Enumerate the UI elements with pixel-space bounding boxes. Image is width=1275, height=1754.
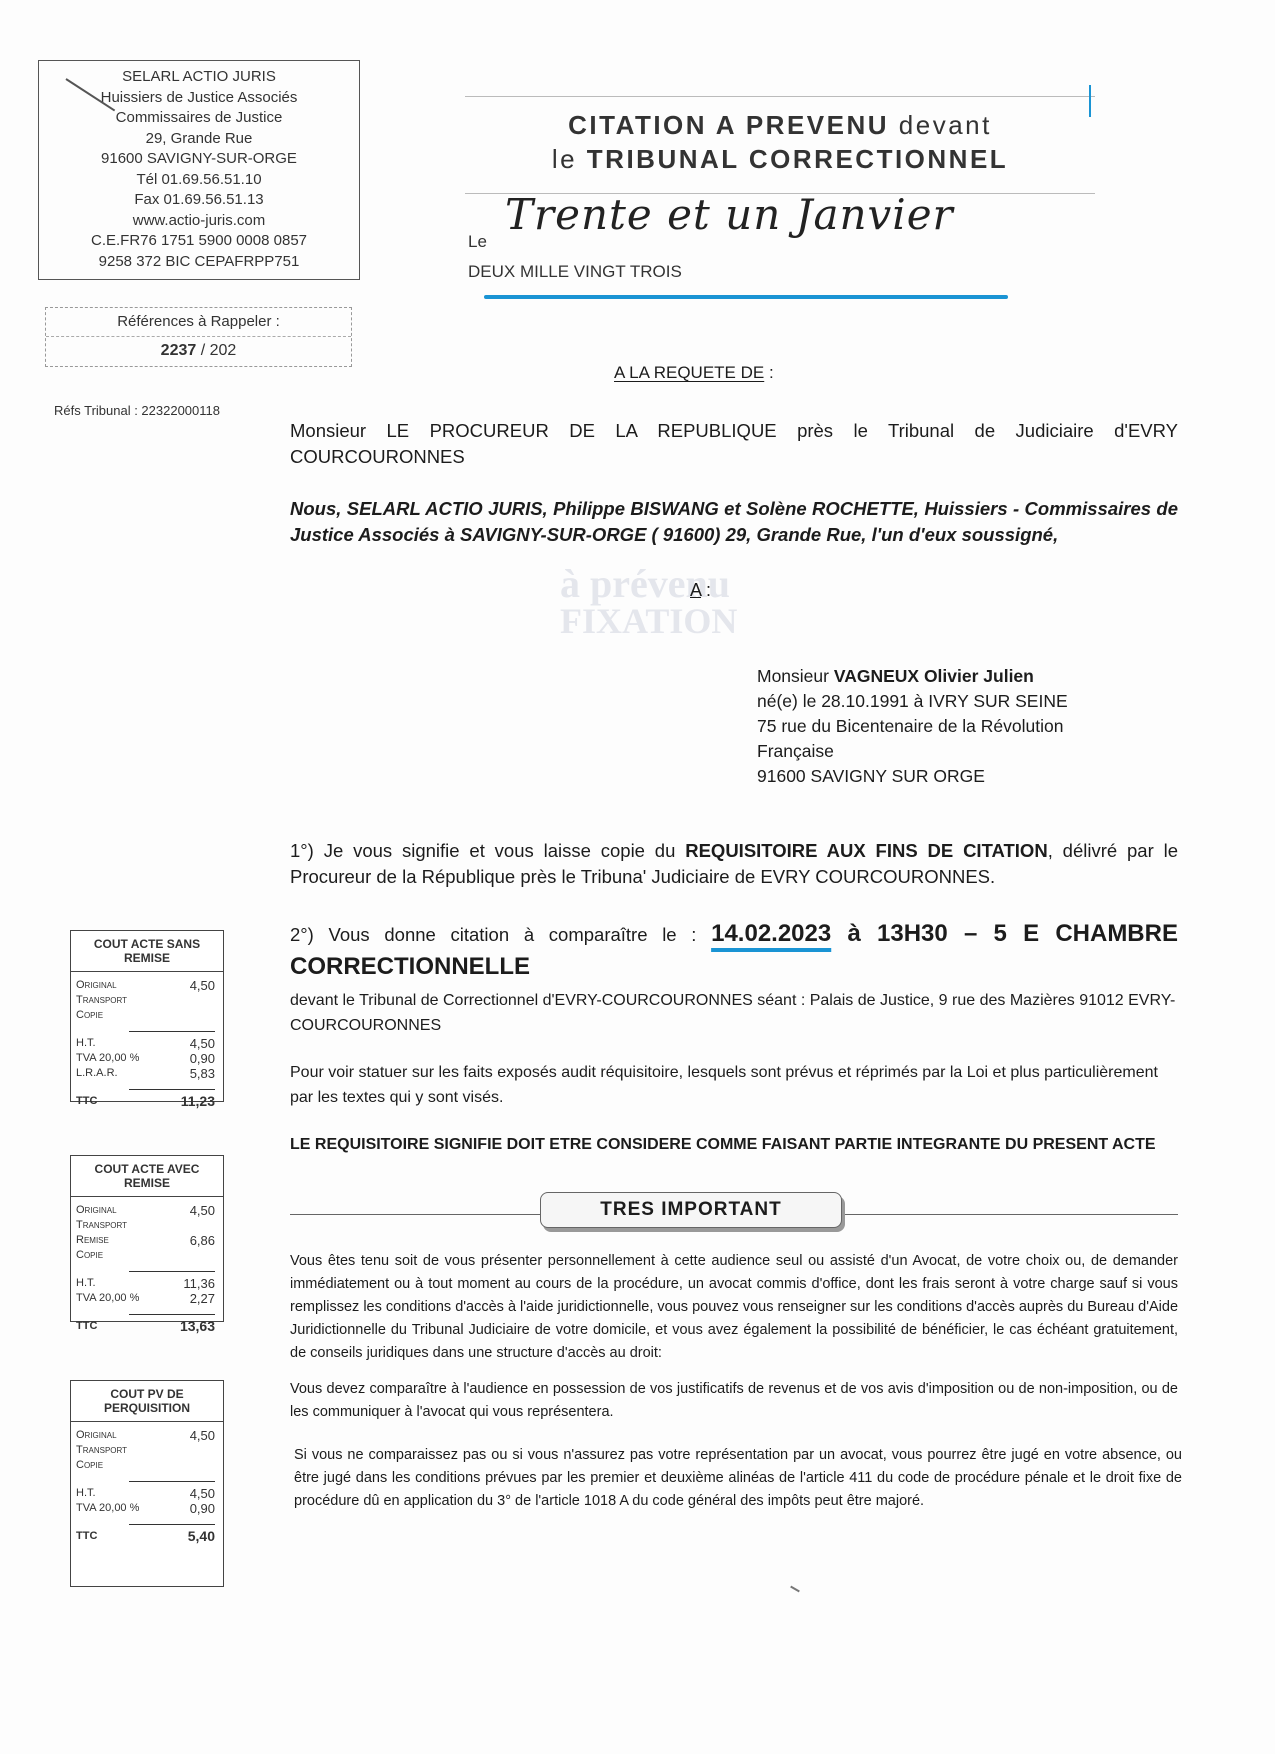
cost-item: Copie [71, 1008, 223, 1023]
divider [129, 1271, 215, 1272]
divider [129, 1089, 215, 1090]
cost-box-perquisition: COUT PV DE PERQUISITIONOriginal4,50Trans… [70, 1380, 224, 1587]
hearing-date: 14.02.2023 [711, 920, 831, 947]
cost-total: TVA 20,00 %2,27 [71, 1291, 223, 1306]
cost-total-value: 0,90 [190, 1501, 215, 1516]
ttc-label: TTC [76, 1094, 97, 1109]
cost-item-label: Original [76, 1428, 117, 1443]
cost-item-label: Original [76, 1203, 117, 1218]
document-title: CITATION A PREVENU devant le TRIBUNAL CO… [480, 108, 1080, 176]
defendant-city: 91600 SAVIGNY SUR ORGE [757, 764, 1068, 789]
important-label: TRES IMPORTANT [540, 1192, 842, 1228]
ttc-label: TTC [76, 1319, 97, 1334]
cost-title: COUT ACTE AVEC REMISE [71, 1156, 223, 1197]
request-heading: A LA REQUETE DE : [614, 363, 774, 383]
cost-ttc: TTC5,40 [71, 1529, 223, 1544]
paragraph-1: 1°) Je vous signifie et vous laisse copi… [290, 838, 1178, 890]
office-line: Tél 01.69.56.51.10 [39, 170, 359, 191]
reference-box: Références à Rappeler : 2237 / 202 [45, 307, 352, 367]
divider [290, 1214, 540, 1215]
cost-total-label: TVA 20,00 % [76, 1501, 139, 1516]
cost-box-avec-remise: COUT ACTE AVEC REMISEOriginal4,50Transpo… [70, 1155, 224, 1322]
defendant-name: Monsieur VAGNEUX Olivier Julien [757, 664, 1068, 689]
cost-box-sans-remise: COUT ACTE SANS REMISEOriginal4,50Transpo… [70, 930, 224, 1102]
cost-total-label: H.T. [76, 1276, 96, 1291]
cost-item-label: Remise [76, 1233, 109, 1248]
cost-item-label: Transport [76, 993, 127, 1008]
cost-item: Copie [71, 1248, 223, 1263]
cost-item-label: Copie [76, 1458, 103, 1473]
cost-item: Remise6,86 [71, 1233, 223, 1248]
cost-total: H.T.4,50 [71, 1486, 223, 1501]
cost-total-label: TVA 20,00 % [76, 1051, 139, 1066]
important-paragraph-3: Si vous ne comparaissez pas ou si vous n… [290, 1444, 1182, 1513]
office-line: 29, Grande Rue [39, 129, 359, 150]
cost-total-label: L.R.A.R. [76, 1066, 118, 1081]
date-prefix: Le [468, 232, 487, 252]
paragraph-5: LE REQUISITOIRE SIGNIFIE DOIT ETRE CONSI… [290, 1132, 1178, 1157]
reference-number: 2237 / 202 [46, 337, 351, 365]
cost-item-label: Copie [76, 1008, 103, 1023]
cost-total: H.T.11,36 [71, 1276, 223, 1291]
cost-item-label: Transport [76, 1218, 127, 1233]
ttc-value: 11,23 [181, 1094, 215, 1109]
cost-title: COUT ACTE SANS REMISE [71, 931, 223, 972]
blue-mark [1089, 85, 1091, 117]
cost-title: COUT PV DE PERQUISITION [71, 1381, 223, 1422]
cost-item-value: 6,86 [190, 1233, 215, 1248]
defendant-birth: né(e) le 28.10.1991 à IVRY SUR SEINE [757, 689, 1068, 714]
cost-total: TVA 20,00 %0,90 [71, 1051, 223, 1066]
cost-item-value: 4,50 [190, 1203, 215, 1218]
requester-text: Monsieur LE PROCUREUR DE LA REPUBLIQUE p… [290, 418, 1178, 470]
defendant-street-cont: Française [757, 739, 1068, 764]
cost-total-value: 11,36 [183, 1276, 215, 1291]
divider [845, 1214, 1178, 1215]
divider [465, 96, 1095, 97]
ttc-label: TTC [76, 1529, 97, 1544]
divider [129, 1481, 215, 1482]
blue-underline [484, 295, 1008, 299]
defendant-street: 75 rue du Bicentenaire de la Révolution [757, 714, 1068, 739]
references-label: Références à Rappeler : [46, 308, 351, 337]
divider [129, 1031, 215, 1032]
to-heading: A : [690, 580, 711, 601]
ttc-value: 5,40 [188, 1529, 215, 1544]
cost-ttc: TTC11,23 [71, 1094, 223, 1109]
handwritten-date: Trente et un Janvier [505, 190, 954, 239]
cost-item-value: 4,50 [190, 1428, 215, 1443]
cost-total-value: 2,27 [190, 1291, 215, 1306]
important-paragraph-1: Vous êtes tenu soit de vous présenter pe… [290, 1250, 1178, 1365]
tribunal-reference: Réfs Tribunal : 22322000118 [54, 403, 220, 418]
office-line: www.actio-juris.com [39, 211, 359, 232]
office-line: Fax 01.69.56.51.13 [39, 190, 359, 211]
cost-total-label: H.T. [76, 1036, 96, 1051]
showthrough-text: FIXATION [560, 600, 737, 642]
important-paragraph-2: Vous devez comparaître à l'audience en p… [290, 1378, 1178, 1424]
cost-total-label: TVA 20,00 % [76, 1291, 139, 1306]
office-line: C.E.FR76 1751 5900 0008 0857 [39, 231, 359, 252]
cost-item-label: Transport [76, 1443, 127, 1458]
cost-item: Copie [71, 1458, 223, 1473]
ttc-value: 13,63 [180, 1319, 215, 1334]
cost-item-label: Copie [76, 1248, 103, 1263]
cost-item: Original4,50 [71, 1428, 223, 1443]
cost-item-value: 4,50 [190, 978, 215, 993]
cost-total-value: 4,50 [190, 1036, 215, 1051]
paragraph-4: Pour voir statuer sur les faits exposés … [290, 1060, 1178, 1110]
divider [129, 1524, 215, 1525]
cost-item: Transport [71, 1218, 223, 1233]
cost-total-label: H.T. [76, 1486, 96, 1501]
cost-item-label: Original [76, 978, 117, 993]
cost-total: L.R.A.R.5,83 [71, 1066, 223, 1081]
date-year: DEUX MILLE VINGT TROIS [468, 262, 682, 282]
office-line: 91600 SAVIGNY-SUR-ORGE [39, 149, 359, 170]
bailiffs-text: Nous, SELARL ACTIO JURIS, Philippe BISWA… [290, 496, 1178, 548]
cost-total: TVA 20,00 %0,90 [71, 1501, 223, 1516]
cost-item: Transport [71, 993, 223, 1008]
paragraph-2: 2°) Vous donne citation à comparaître le… [290, 918, 1178, 984]
cost-item: Transport [71, 1443, 223, 1458]
office-line: SELARL ACTIO JURIS [39, 67, 359, 88]
office-line: Commissaires de Justice [39, 108, 359, 129]
cost-item: Original4,50 [71, 1203, 223, 1218]
cost-total-value: 0,90 [190, 1051, 215, 1066]
cost-total-value: 4,50 [190, 1486, 215, 1501]
divider [129, 1314, 215, 1315]
cost-ttc: TTC13,63 [71, 1319, 223, 1334]
scan-mark [790, 1586, 800, 1593]
defendant-address: Monsieur VAGNEUX Olivier Julien né(e) le… [757, 664, 1068, 789]
cost-total-value: 5,83 [190, 1066, 215, 1081]
paragraph-3: devant le Tribunal de Correctionnel d'EV… [290, 988, 1178, 1038]
office-line: 9258 372 BIC CEPAFRPP751 [39, 252, 359, 273]
cost-item: Original4,50 [71, 978, 223, 993]
important-banner: TRES IMPORTANT [290, 1200, 1178, 1230]
cost-total: H.T.4,50 [71, 1036, 223, 1051]
